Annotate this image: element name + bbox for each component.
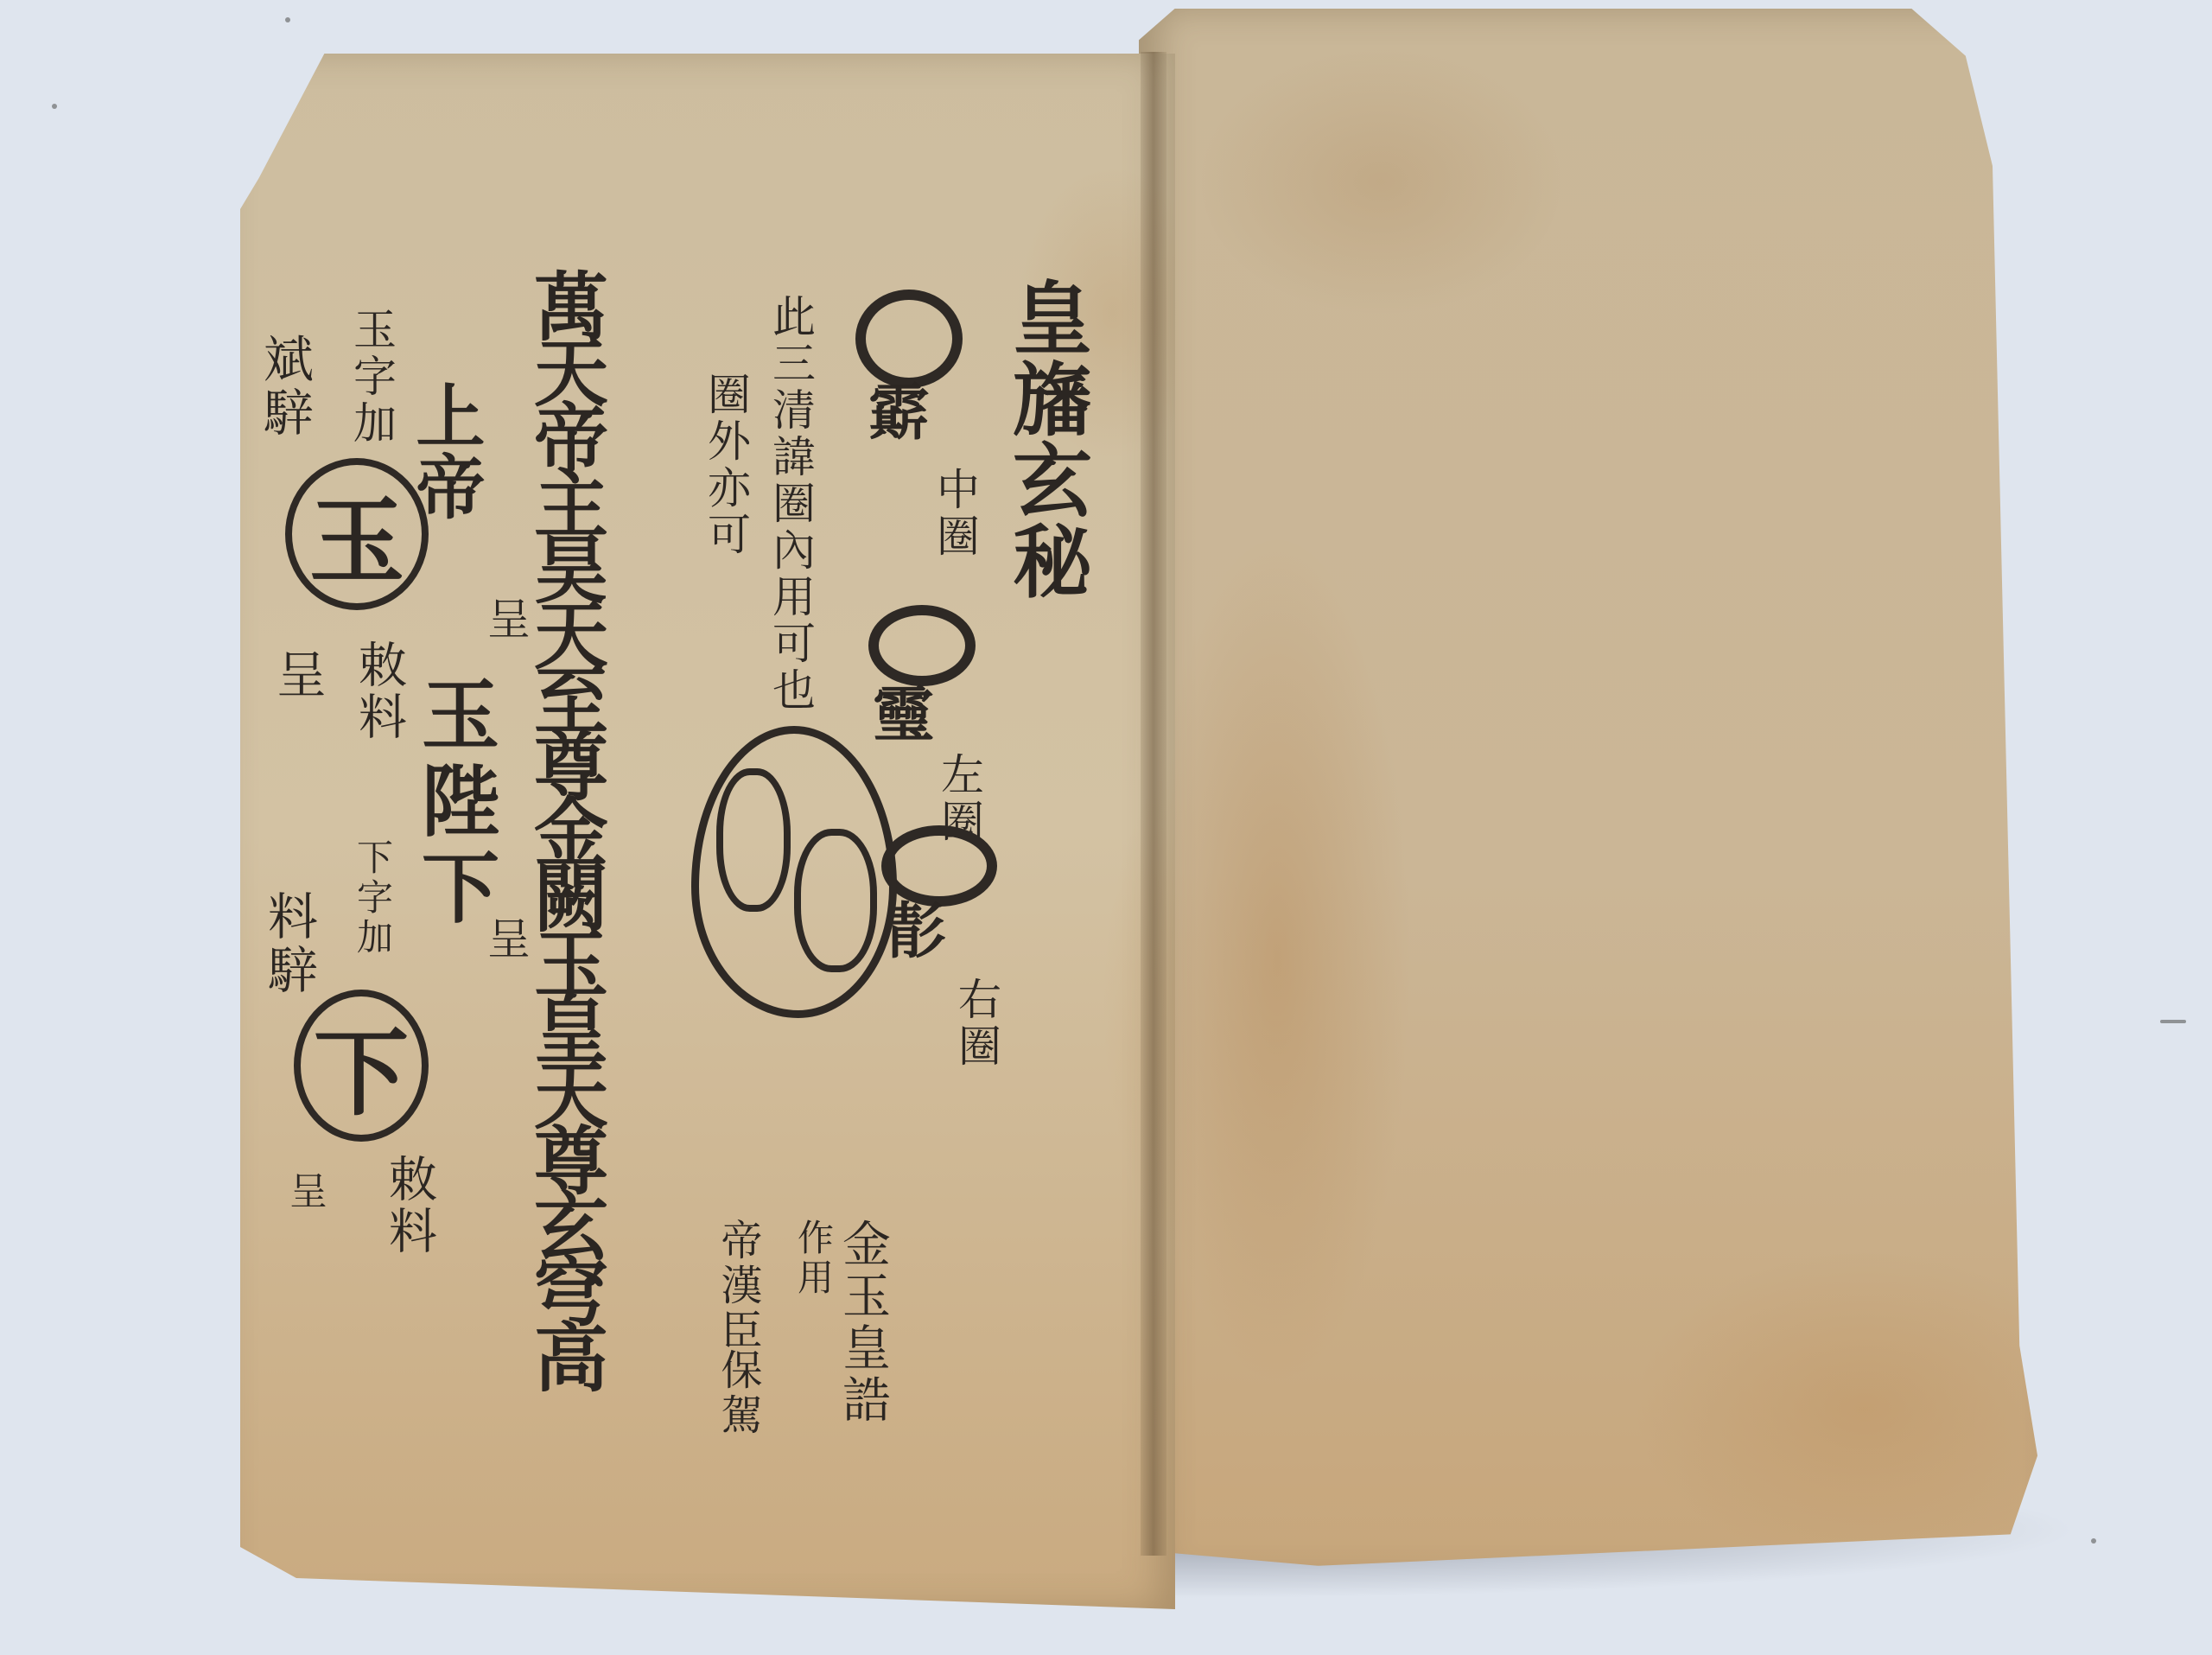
left-circle-secret-char: 𩆜 bbox=[868, 683, 929, 745]
note-outside-circle: 圈外亦可 bbox=[704, 372, 747, 558]
talisman-char-below: 𩄻 bbox=[717, 1020, 855, 1158]
upper-seal-char: 玉 bbox=[309, 466, 404, 602]
middle-circle-secret-char: 𩅰 bbox=[864, 380, 925, 442]
note-jade-emperor-decree: 金玉皇誥 bbox=[838, 1219, 887, 1426]
upper-seal-below-right: 敕料 bbox=[354, 640, 403, 743]
cheng-bottom: 呈 bbox=[484, 916, 527, 963]
upper-seal-circle: 玉 bbox=[285, 458, 429, 610]
note-protect: 保駕 bbox=[717, 1348, 759, 1438]
talisman-inner-loop bbox=[716, 768, 791, 912]
lower-seal-note-right: 下字加 bbox=[354, 838, 391, 958]
background-speck bbox=[2091, 1538, 2096, 1544]
note-usage: 作用 bbox=[795, 1219, 831, 1298]
jade-throne-text: 玉陛下 bbox=[415, 674, 493, 933]
upper-seal-note-right: 玉字加 bbox=[350, 307, 393, 447]
lower-seal-note-left: 料騂 bbox=[264, 890, 314, 997]
lower-seal-below-left: 呈 bbox=[285, 1171, 323, 1213]
lower-seal-char: 下 bbox=[314, 997, 409, 1134]
note-inside-circle: 此三清諱圈內用可也 bbox=[769, 294, 812, 714]
talisman-inner-loop bbox=[794, 829, 877, 972]
middle-circle-glyph bbox=[855, 290, 963, 388]
cheng-top: 呈 bbox=[484, 596, 527, 643]
left-circle-glyph bbox=[868, 605, 976, 686]
upper-seal-below-left: 呈 bbox=[272, 648, 322, 702]
middle-circle-label: 中圈 bbox=[933, 467, 976, 560]
lower-seal-circle: 下 bbox=[294, 990, 429, 1142]
upper-seal-note-left: 斌騂 bbox=[259, 333, 309, 440]
main-deity-title-column: 萬天帝主昊天至尊金闕玉皇天尊玄穹高 bbox=[527, 268, 601, 1384]
background-speck bbox=[52, 104, 57, 109]
lower-seal-below-right: 敕料 bbox=[385, 1154, 433, 1257]
right-page bbox=[1139, 9, 2037, 1582]
manuscript-title: 皇旛玄秘 bbox=[1007, 277, 1086, 602]
note-han-minister: 帝漢臣 bbox=[717, 1219, 759, 1353]
right-circle-glyph bbox=[881, 825, 997, 907]
background-speck bbox=[2160, 1020, 2186, 1023]
book-gutter bbox=[1141, 52, 1166, 1556]
background-speck bbox=[285, 17, 290, 22]
right-circle-label: 右圈 bbox=[955, 977, 998, 1070]
